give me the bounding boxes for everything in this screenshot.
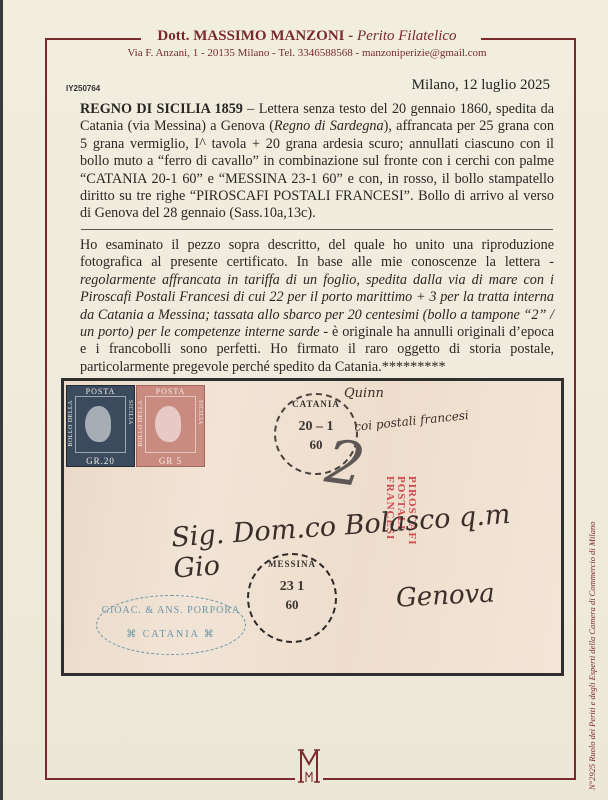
divider bbox=[81, 229, 553, 230]
frame-bottom-right bbox=[323, 778, 576, 780]
manuscript-city: Genova bbox=[395, 578, 495, 613]
tax-mark: 2 bbox=[321, 427, 369, 502]
expert-name: Dott. MASSIMO MANZONI - Perito Filatelic… bbox=[3, 28, 608, 45]
cover-photo: POSTA GR.20 BOLLO DELLA SICILIA POSTA GR… bbox=[61, 378, 564, 676]
frame-bottom-left bbox=[45, 778, 295, 780]
letterhead: Dott. MASSIMO MANZONI - Perito Filatelic… bbox=[3, 28, 608, 60]
registry-number: N°2925 Ruolo dei Periti e degli Esperti … bbox=[587, 522, 597, 790]
expert-address: Via F. Anzani, 1 - 20135 Milano - Tel. 3… bbox=[3, 46, 608, 60]
stamp-20-grana: POSTA GR.20 BOLLO DELLA SICILIA bbox=[66, 385, 135, 467]
item-description: REGNO DI SICILIA 1859 – Lettera senza te… bbox=[80, 101, 554, 223]
manuscript-route: coi postali francesi bbox=[354, 408, 470, 434]
monogram-logo-icon bbox=[297, 748, 321, 784]
frame-left bbox=[45, 38, 47, 780]
frame-right bbox=[574, 38, 576, 780]
certificate-page: Dott. MASSIMO MANZONI - Perito Filatelic… bbox=[0, 0, 608, 800]
manuscript-top: Quinn bbox=[344, 386, 384, 401]
manuscript-addressee: Sig. Dom.co Bolasco q.m Gio bbox=[170, 496, 562, 585]
certificate-id: IY250764 bbox=[66, 84, 100, 93]
expert-opinion: Ho esaminato il pezzo sopra descritto, d… bbox=[80, 237, 554, 376]
stamp-5-grana: POSTA GR 5 BOLLO DELLA SICILIA bbox=[136, 385, 205, 467]
certificate-date: Milano, 12 luglio 2025 bbox=[412, 77, 550, 94]
oval-cachet: GIOAC. & ANS. PORPORA ⌘ CATANIA ⌘ bbox=[96, 595, 246, 655]
postmark-messina: MESSINA 23 1 60 bbox=[247, 553, 337, 643]
